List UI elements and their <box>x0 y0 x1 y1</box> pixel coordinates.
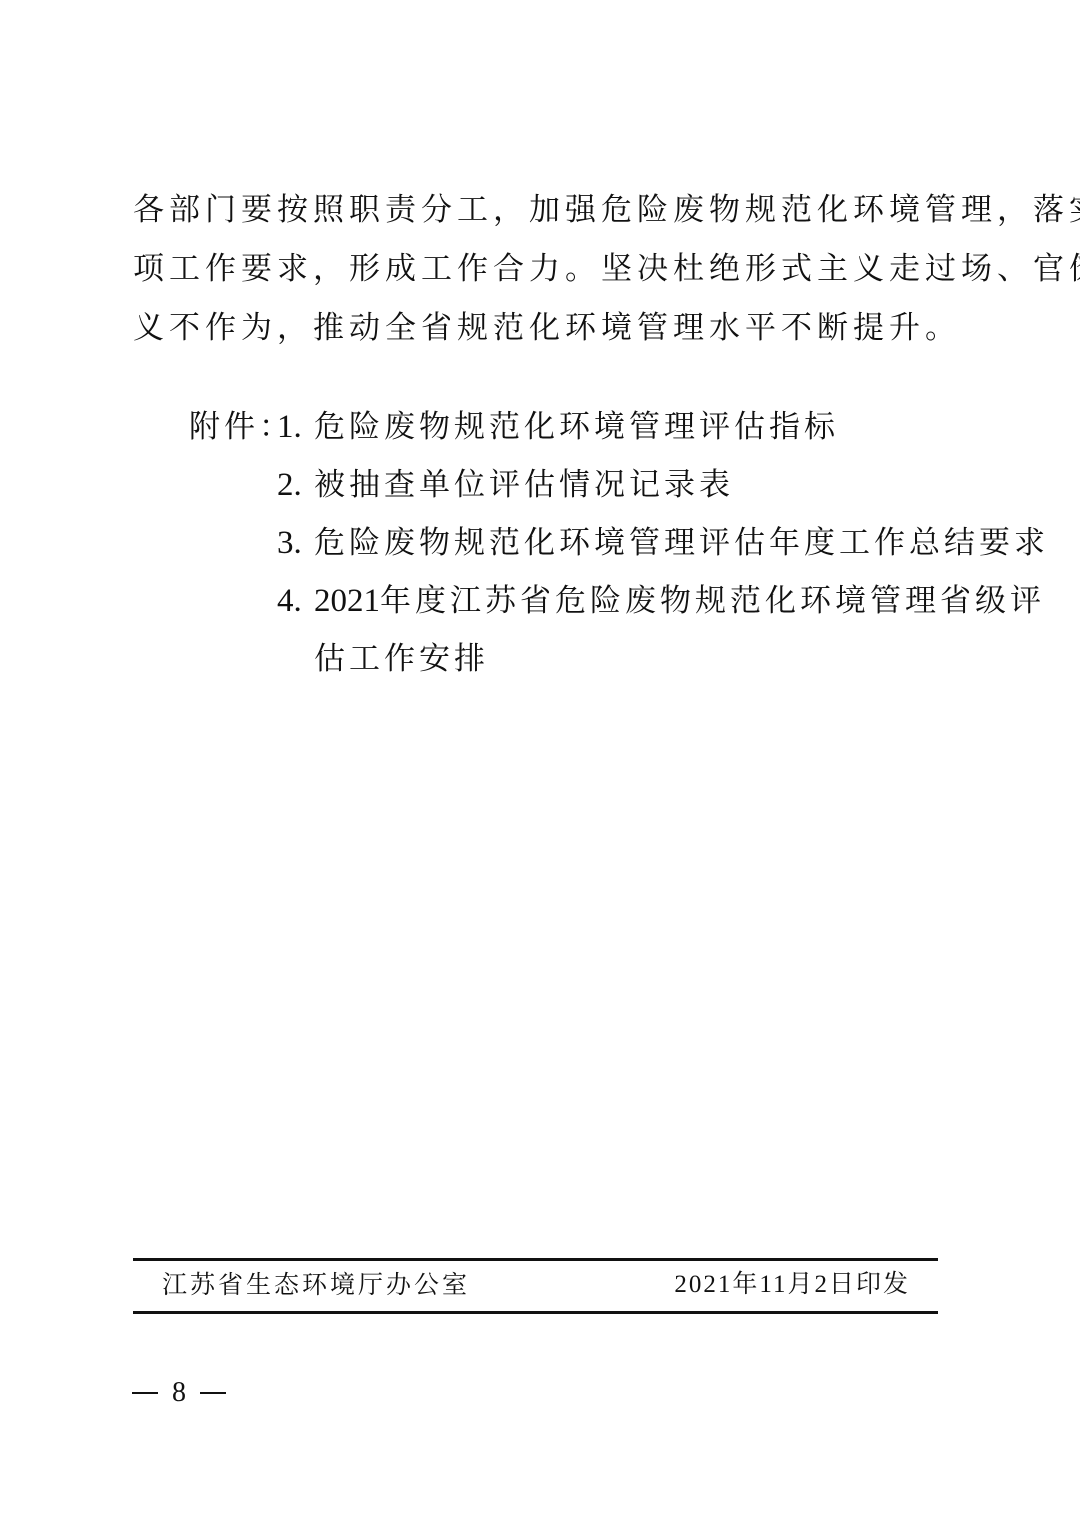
issuing-office: 江苏省生态环境厅办公室 <box>162 1266 470 1304</box>
body-line-3: 义不作为，推动全省规范化环境管理水平不断提升。 <box>133 299 943 358</box>
attachment-title: 危险废物规范化环境管理评估年度工作总结要求 <box>314 514 1049 572</box>
attachment-title: 2021年度江苏省危险废物规范化环境管理省级评 <box>314 572 1045 630</box>
attachment-number: 3. <box>277 514 302 572</box>
attachments-list: 附件： 1. 危险废物规范化环境管理评估指标 2. 被抽查单位评估情况记录表 3… <box>189 398 949 688</box>
attachment-title-continued: 估工作安排 <box>314 630 489 688</box>
attachment-item-4: 4. 2021年度江苏省危险废物规范化环境管理省级评 <box>189 572 949 630</box>
attachment-number: 1. <box>277 398 302 456</box>
attachment-item-4-continued: 估工作安排 <box>189 630 949 688</box>
attachment-item-3: 3. 危险废物规范化环境管理评估年度工作总结要求 <box>189 514 949 572</box>
attachment-title-year: 2021 <box>314 583 380 619</box>
page-number: 8 <box>132 1373 226 1413</box>
page-number-value: 8 <box>172 1373 186 1413</box>
attachment-title: 危险废物规范化环境管理评估指标 <box>314 398 839 456</box>
attachment-number: 2. <box>277 456 302 514</box>
document-page: 各部门要按照职责分工，加强危险废物规范化环境管理，落实各 项工作要求，形成工作合… <box>0 0 1080 1535</box>
attachment-title: 被抽查单位评估情况记录表 <box>314 456 734 514</box>
footer-top-rule <box>133 1258 938 1261</box>
page-number-dash-left <box>132 1392 158 1394</box>
body-line-1: 各部门要按照职责分工，加强危险废物规范化环境管理，落实各 <box>133 181 943 240</box>
attachment-title-text: 年度江苏省危险废物规范化环境管理省级评 <box>380 583 1045 619</box>
body-paragraph: 各部门要按照职责分工，加强危险废物规范化环境管理，落实各 项工作要求，形成工作合… <box>133 181 943 358</box>
attachment-item-1: 附件： 1. 危险废物规范化环境管理评估指标 <box>189 398 949 456</box>
attachment-item-2: 2. 被抽查单位评估情况记录表 <box>189 456 949 514</box>
footer-bottom-rule <box>133 1311 938 1314</box>
attachment-number: 4. <box>277 572 302 630</box>
page-number-dash-right <box>200 1392 226 1394</box>
body-line-2: 项工作要求，形成工作合力。坚决杜绝形式主义走过场、官僚主 <box>133 240 943 299</box>
issue-date: 2021年11月2日印发 <box>674 1266 910 1304</box>
